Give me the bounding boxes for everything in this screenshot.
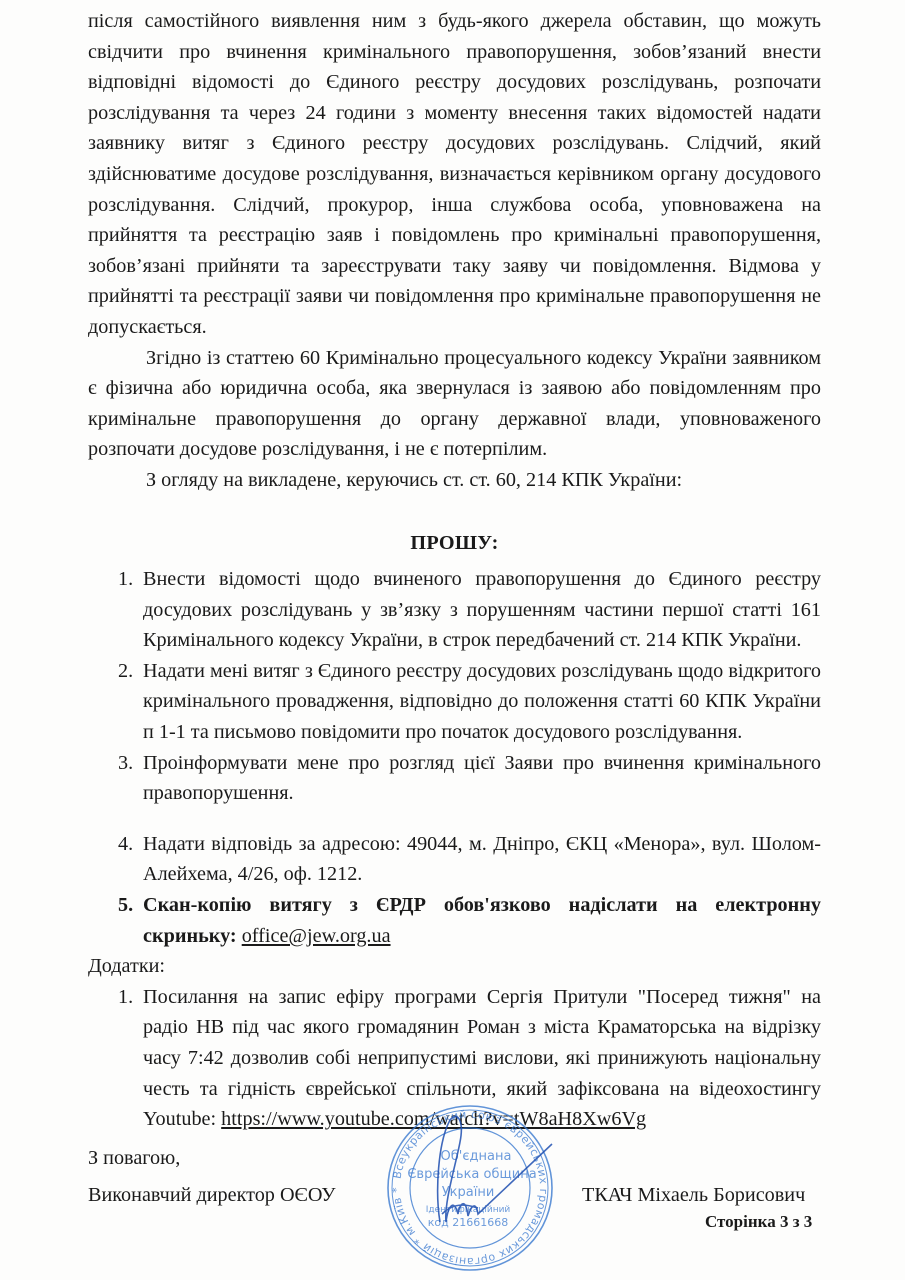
paragraph-obligations: після самостійного виявлення ним з будь-… bbox=[88, 6, 821, 343]
list-number: 5. bbox=[118, 890, 133, 921]
request-text: Проінформувати мене про розгляд цієї Зая… bbox=[143, 752, 821, 805]
attachments-label: Додатки: bbox=[88, 951, 821, 982]
request-text: Надати мені витяг з Єдиного реєстру досу… bbox=[143, 660, 821, 743]
signer-title: Виконавчий директор ОЄОУ bbox=[88, 1180, 336, 1210]
signer-name: ТКАЧ Міхаель Борисович bbox=[582, 1180, 805, 1210]
document-page: після самостійного виявлення ним з будь-… bbox=[0, 0, 905, 1280]
svg-text:Єврейська община: Єврейська община bbox=[407, 1167, 536, 1182]
svg-text:Об'єднана: Об'єднана bbox=[441, 1149, 512, 1164]
official-stamp-icon: Всеукраїнський союз єврейських громадськ… bbox=[380, 1102, 560, 1274]
list-number: 3. bbox=[118, 748, 133, 779]
list-number: 1. bbox=[118, 982, 133, 1013]
request-item: 5. Скан-копію витягу з ЄРДР обов'язково … bbox=[88, 890, 821, 951]
email-link[interactable]: office@jew.org.ua bbox=[242, 925, 391, 947]
page-number: Сторінка 3 з 3 bbox=[705, 1210, 812, 1234]
paragraph-article-60: Згідно із статтею 60 Кримінально процесу… bbox=[88, 343, 821, 465]
request-text: Внести відомості щодо вчиненого правопор… bbox=[143, 568, 821, 651]
request-item: 1. Внести відомості щодо вчиненого право… bbox=[88, 564, 821, 656]
request-heading: ПРОШУ: bbox=[88, 528, 821, 559]
request-item: 3. Проінформувати мене про розгляд цієї … bbox=[88, 748, 821, 809]
paragraph-guided-by: З огляду на викладене, керуючись ст. ст.… bbox=[88, 465, 821, 496]
list-number: 2. bbox=[118, 656, 133, 687]
list-number: 1. bbox=[118, 564, 133, 595]
request-item: 4. Надати відповідь за адресою: 49044, м… bbox=[88, 829, 821, 890]
document-body: після самостійного виявлення ним з будь-… bbox=[88, 6, 821, 1135]
signoff: З повагою, bbox=[88, 1143, 180, 1173]
request-item: 2. Надати мені витяг з Єдиного реєстру д… bbox=[88, 656, 821, 748]
request-list: 1. Внести відомості щодо вчиненого право… bbox=[88, 564, 821, 951]
list-number: 4. bbox=[118, 829, 133, 860]
request-text: Надати відповідь за адресою: 49044, м. Д… bbox=[143, 833, 821, 886]
